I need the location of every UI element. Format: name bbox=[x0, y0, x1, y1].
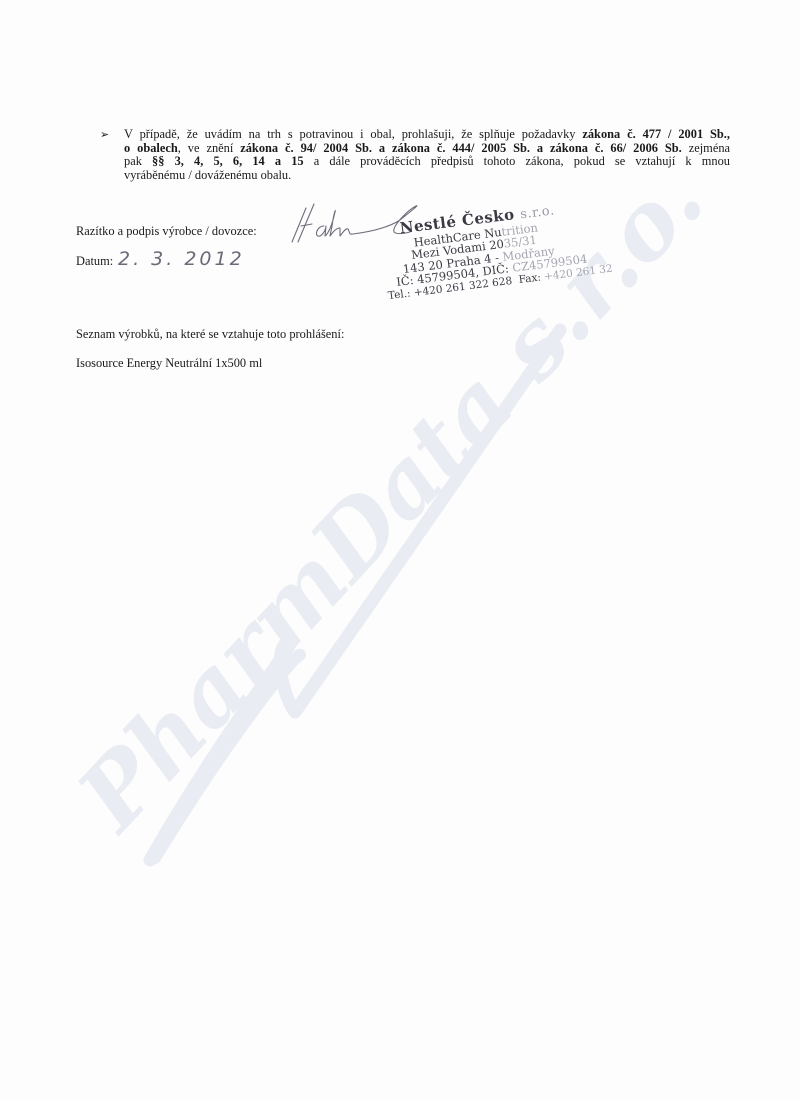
stamp-signature-label: Razítko a podpis výrobce / dovozce: bbox=[76, 224, 257, 239]
arrow-bullet-icon: ➢ bbox=[100, 128, 109, 142]
product-item: Isosource Energy Neutrální 1x500 ml bbox=[76, 356, 262, 371]
declaration-line-3: pak §§ 3, 4, 5, 6, 14 a 15 a dále provád… bbox=[124, 155, 730, 169]
date-label: Datum: bbox=[76, 254, 113, 269]
products-heading: Seznam výrobků, na které se vztahuje tot… bbox=[76, 327, 344, 342]
declaration-line-4: vyráběnému / dováženému obalu. bbox=[124, 169, 730, 183]
document-page: PharmData s.r.o. ➢ V případě, že uvádím … bbox=[0, 0, 800, 1100]
declaration-paragraph: ➢ V případě, že uvádím na trh s potravin… bbox=[100, 128, 730, 182]
date-value: 2. 3. 2012 bbox=[118, 248, 245, 270]
declaration-line-2: o obalech, ve znění zákona č. 94/ 2004 S… bbox=[124, 142, 730, 156]
declaration-line-1: V případě, že uvádím na trh s potravinou… bbox=[124, 128, 730, 142]
